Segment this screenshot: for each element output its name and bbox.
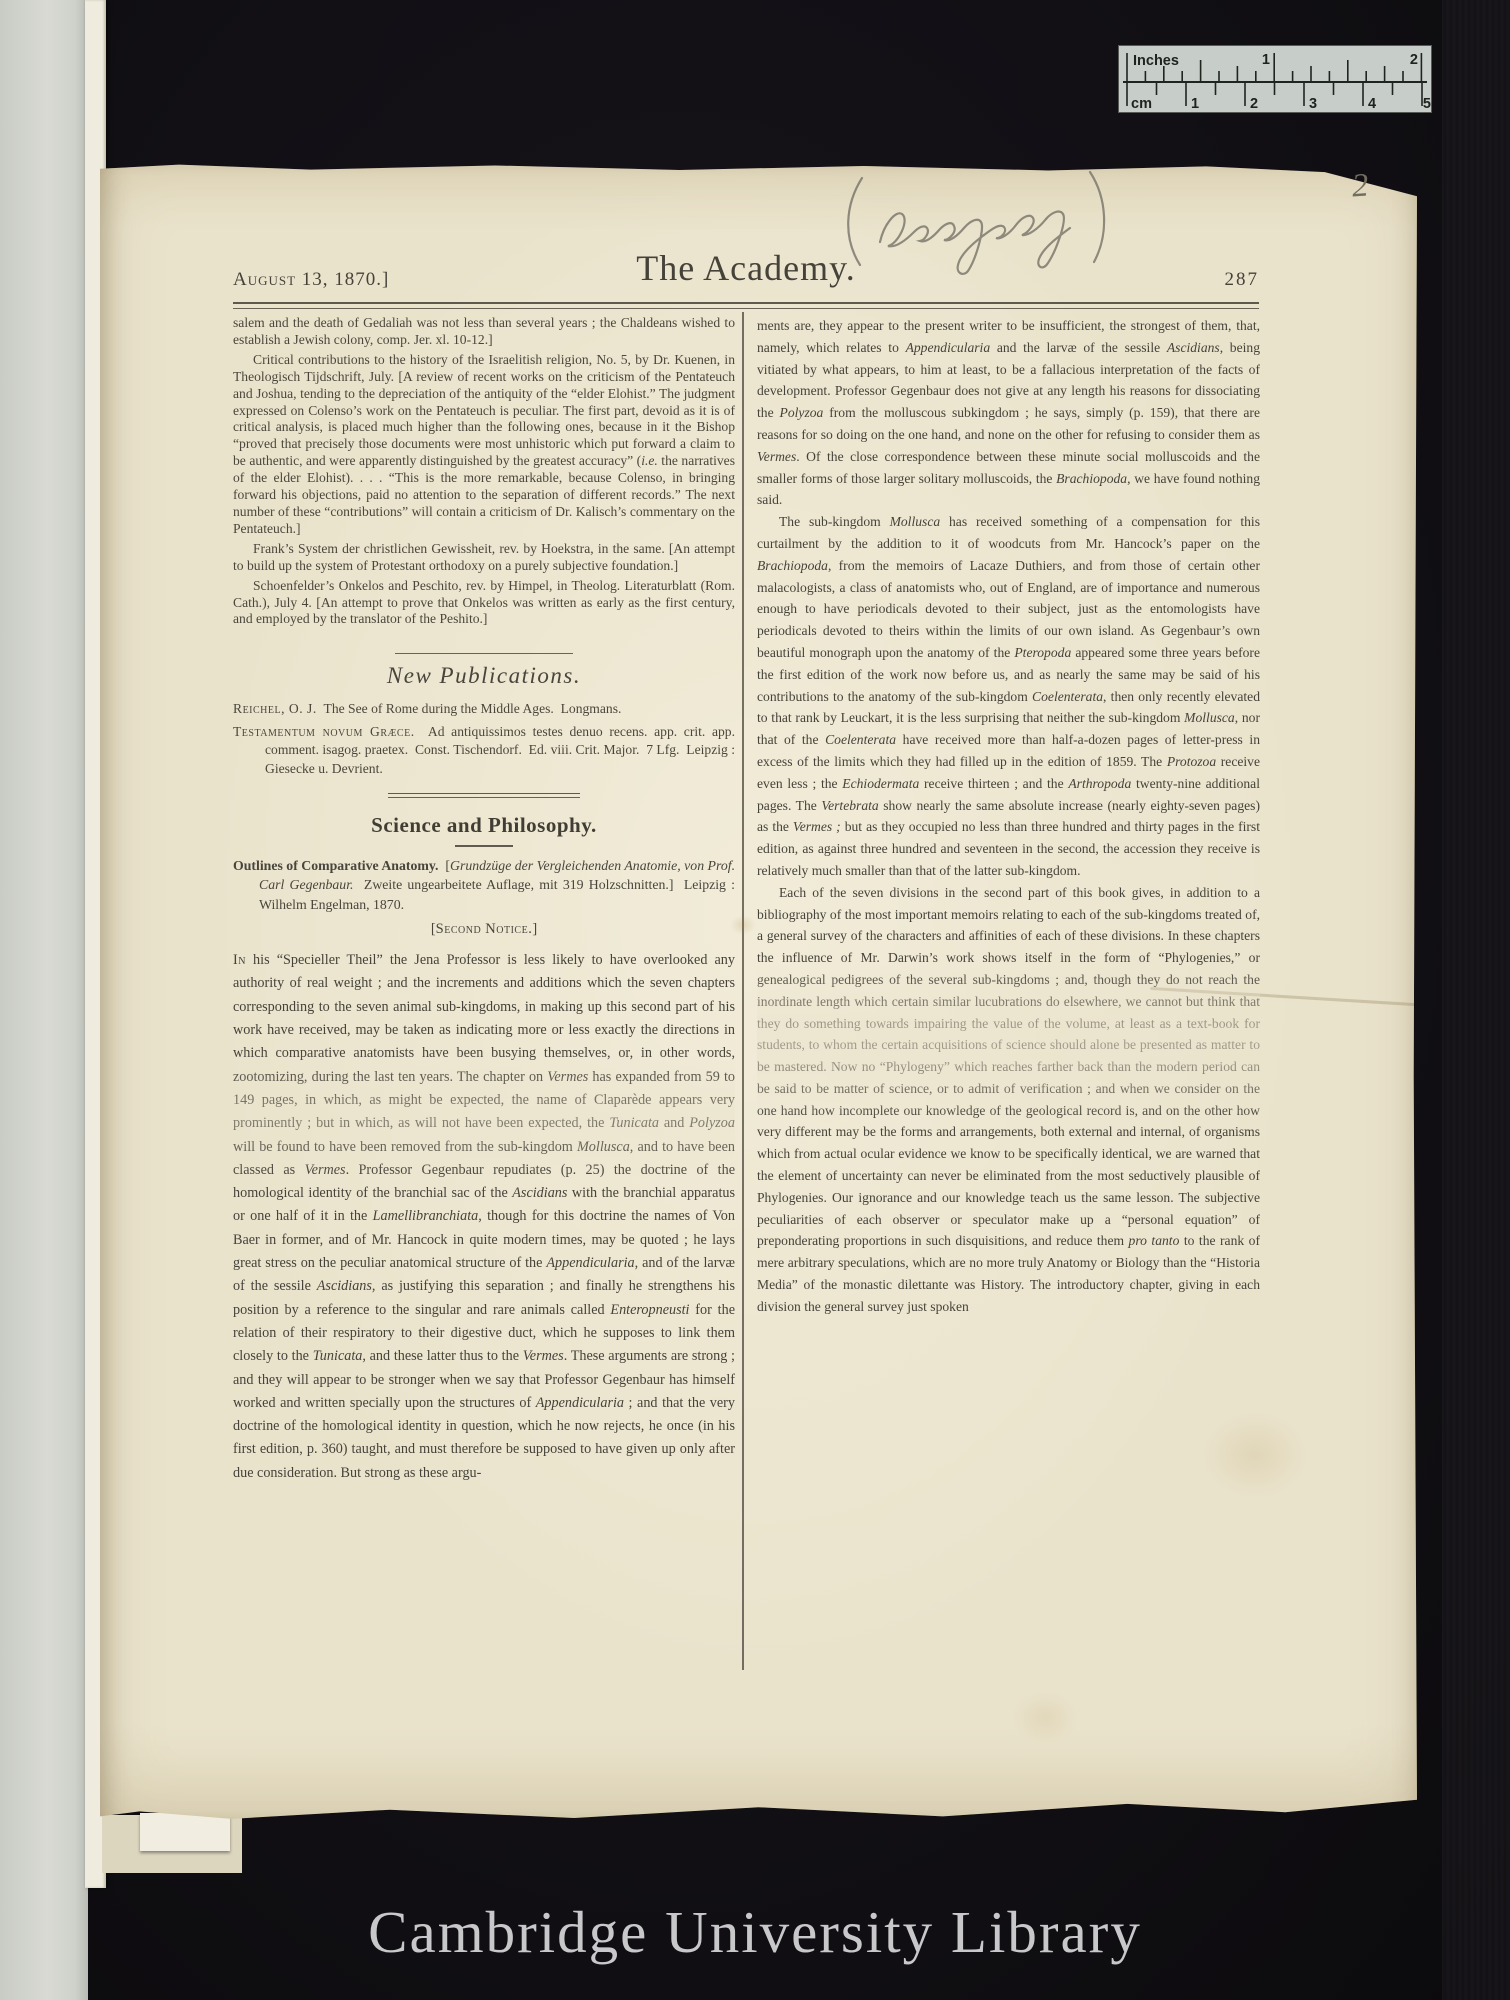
ruler-inch-2: 2 <box>1410 52 1418 68</box>
pencil-page-number: 2 <box>1351 167 1370 205</box>
measurement-ruler: Inches 1 2 cm 1 2 3 4 5 <box>1118 45 1432 113</box>
new-publications-heading: New Publications. <box>233 663 735 689</box>
note-paragraph: salem and the death of Gedaliah was not … <box>233 315 735 349</box>
ruler-cm-2: 2 <box>1250 96 1258 112</box>
library-watermark: Cambridge University Library <box>0 1898 1510 1967</box>
column-divider <box>742 312 744 1670</box>
ruler-inch-1: 1 <box>1262 52 1270 68</box>
science-philosophy-heading: Science and Philosophy. <box>233 813 735 838</box>
ruler-inches-label: Inches <box>1133 53 1179 69</box>
review-body-text: Each of the seven divisions in the secon… <box>757 882 1260 1318</box>
header-rule <box>233 302 1259 309</box>
review-body-text: The sub-kingdom Mollusca has received so… <box>757 511 1260 882</box>
underlying-page-tab <box>140 1813 230 1851</box>
note-paragraph: Schoenfelder’s Onkelos and Peschito, rev… <box>233 578 735 629</box>
ruler-cm-5: 5 <box>1423 96 1431 112</box>
ruler-cm-1: 1 <box>1191 96 1199 112</box>
ruler-cm-label: cm <box>1131 96 1152 112</box>
binding-cloth-right <box>1442 0 1510 2000</box>
heading-underline-rule <box>455 845 513 847</box>
note-paragraph: Frank’s System der christlichen Gewisshe… <box>233 541 735 575</box>
publication-entry: Testamentum novum Græce. Ad antiquissimo… <box>233 723 735 778</box>
photographed-album-page: Inches 1 2 cm 1 2 3 4 5 August 13, 1870.… <box>0 0 1510 2000</box>
ruler-cm-4: 4 <box>1368 96 1376 112</box>
right-column: ments are, they appear to the present wr… <box>757 315 1260 1671</box>
review-body-text: In his “Specieller Theil” the Jena Profe… <box>233 949 735 1485</box>
album-left-page-edge <box>0 0 88 2000</box>
pencil-annotation <box>818 146 1138 278</box>
printed-page-number: 287 <box>1225 269 1260 291</box>
section-rule <box>395 653 573 654</box>
left-column: salem and the death of Gedaliah was not … <box>233 315 735 1671</box>
journal-page: August 13, 1870.] The Academy. 287 salem… <box>100 163 1417 1823</box>
reviewed-book-reference: Outlines of Comparative Anatomy. [Grundz… <box>233 856 735 914</box>
review-body-text: ments are, they appear to the present wr… <box>757 315 1260 511</box>
publication-entry: Reichel, O. J. The See of Rome during th… <box>233 700 735 718</box>
section-double-rule <box>388 793 580 798</box>
second-notice-label: [Second Notice.] <box>233 921 735 938</box>
note-paragraph: Critical contributions to the history of… <box>233 352 735 538</box>
ruler-cm-3: 3 <box>1309 96 1317 112</box>
